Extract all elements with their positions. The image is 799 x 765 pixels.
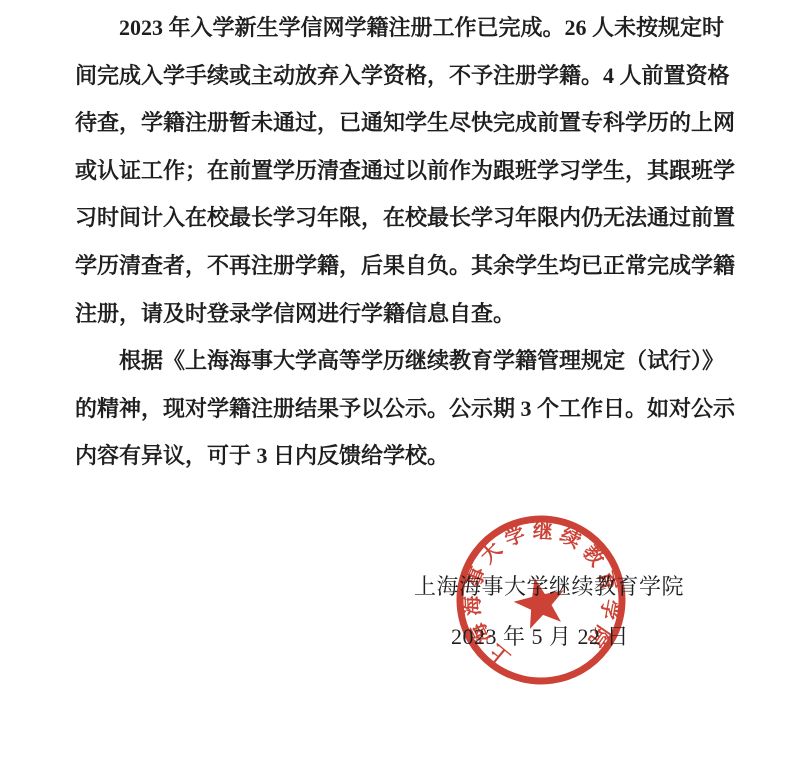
signature-line: 上海海事大学继续教育学院 xyxy=(414,570,684,601)
body-line: 根据《上海海事大学高等学历继续教育学籍管理规定（试行）》 xyxy=(75,337,717,385)
body-line: 内容有异议，可于 3 日内反馈给学校。 xyxy=(75,432,717,480)
document-body: 2023 年入学新生学信网学籍注册工作已完成。26 人未按规定时 间完成入学手续… xyxy=(75,4,717,480)
body-line: 的精神，现对学籍注册结果予以公示。公示期 3 个工作日。如对公示 xyxy=(75,385,717,433)
body-line: 学历清查者，不再注册学籍，后果自负。其余学生均已正常完成学籍 xyxy=(75,242,717,290)
paragraph-public-notice: 根据《上海海事大学高等学历继续教育学籍管理规定（试行）》 的精神，现对学籍注册结… xyxy=(75,337,717,480)
date-line: 2023 年 5 月 22 日 xyxy=(451,620,629,651)
body-line: 注册，请及时登录学信网进行学籍信息自查。 xyxy=(75,290,717,338)
body-line: 或认证工作；在前置学历清查通过以前作为跟班学习学生，其跟班学 xyxy=(75,147,717,195)
body-line: 待查，学籍注册暂未通过，已通知学生尽快完成前置专科学历的上网 xyxy=(75,99,717,147)
body-line: 间完成入学手续或主动放弃入学资格，不予注册学籍。4 人前置资格 xyxy=(75,52,717,100)
body-line: 2023 年入学新生学信网学籍注册工作已完成。26 人未按规定时 xyxy=(75,4,717,52)
body-line: 习时间计入在校最长学习年限，在校最长学习年限内仍无法通过前置 xyxy=(75,194,717,242)
scanned-notice-page: 上海海事大学继续教育学院 2023 年入学新生学信网学籍注册工作已完成。26 人… xyxy=(0,0,799,765)
paragraph-registration-result: 2023 年入学新生学信网学籍注册工作已完成。26 人未按规定时 间完成入学手续… xyxy=(75,4,717,337)
